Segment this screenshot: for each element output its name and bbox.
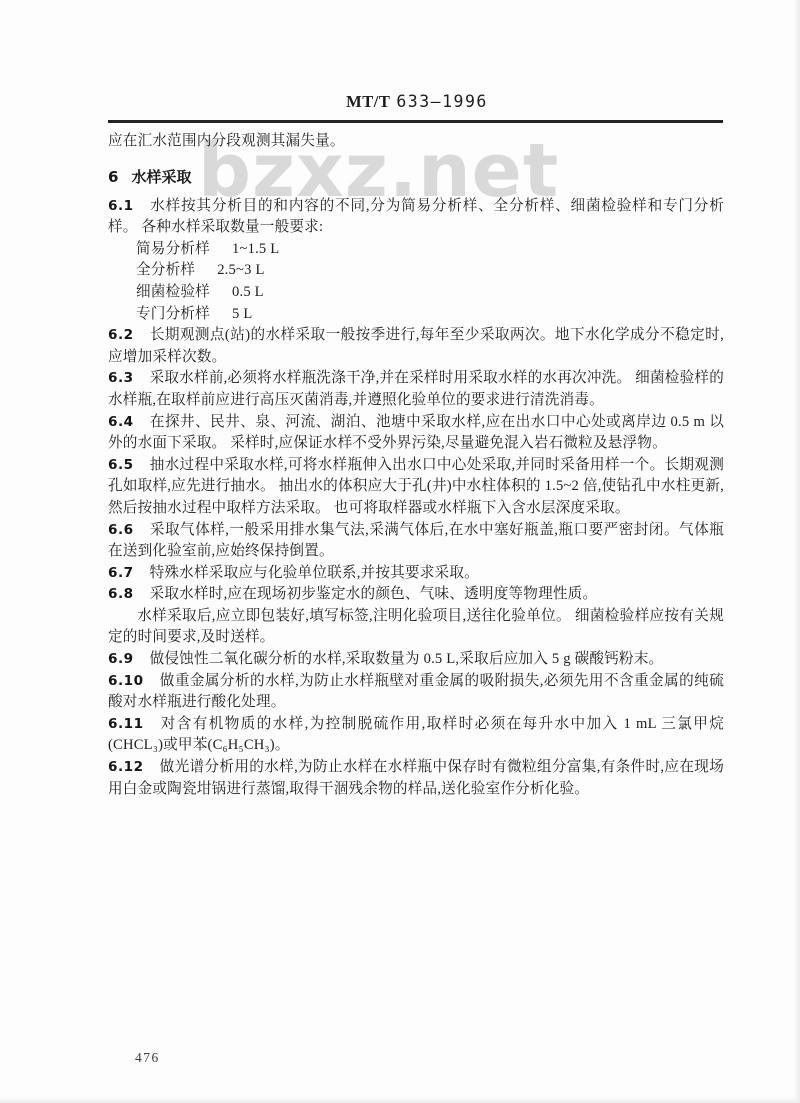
section-heading: 6水样采取 [108,167,724,187]
clause-number: 6.7 [108,565,134,581]
clause-text: 长期观测点(站)的水样采取一般按季进行,每年至少采取两次。地下水化学成分不稳定时… [108,327,724,365]
clause-text: 特殊水样采取应与化验单位联系,并按其要求采取。 [150,565,479,581]
standard-code-header: MT/T633—1996 [0,92,800,112]
scan-edge-shadow-bottom [0,1096,800,1103]
intro-paragraph: 应在汇水范围内分段观测其漏失量。 [108,131,724,153]
clause-number: 6.8 [108,586,134,602]
sample-quantity-item: 简易分析样1~1.5 L [136,239,724,261]
standard-code-number: 633—1996 [396,92,487,111]
standard-code-prefix: MT/T [346,92,390,111]
clause-text: 抽水过程中采取水样,可将水样瓶伸入出水口中心处采取,并同时采备用样一个。长期观测… [108,457,724,516]
sample-quantity-list: 简易分析样1~1.5 L 全分析样2.5~3 L 细菌检验样0.5 L 专门分析… [108,239,724,325]
clause-text: 在探井、民井、泉、河流、湖泊、池塘中采取水样,应在出水口中心处或离岸边 0.5 … [108,414,724,452]
section-number: 6 [108,168,118,186]
clause-6-11: 6.11对含有机物质的水样,为控制脱硫作用,取样时必须在每升水中加入 1 mL … [108,714,724,757]
sample-quantity: 1~1.5 L [232,241,279,257]
page-number: 476 [135,1050,160,1066]
clause-6-5: 6.5抽水过程中采取水样,可将水样瓶伸入出水口中心处采取,并同时采备用样一个。长… [108,455,724,520]
clause-text: 对含有机物质的水样,为控制脱硫作用,取样时必须在每升水中加入 1 mL 三氯甲烷… [108,716,724,754]
clause-number: 6.2 [108,327,134,343]
clause-6-12: 6.12做光谱分析用的水样,为防止水样在水样瓶中保存时有微粒组分富集,有条件时,… [108,757,724,800]
clause-number: 6.11 [108,716,144,732]
clause-number: 6.3 [108,370,134,386]
clause-text: 做侵蚀性二氧化碳分析的水样,采取数量为 0.5 L,采取后应加入 5 g 碳酸钙… [150,651,664,667]
document-page: bzxz.net MT/T633—1996 应在汇水范围内分段观测其漏失量。 6… [0,0,800,1103]
section-title: 水样采取 [131,168,191,186]
sample-name: 细菌检验样 [136,284,210,300]
clause-6-8-followup: 水样采取后,应立即包装好,填写标签,注明化验项目,送往化验单位。 细菌检验样应按… [108,606,724,649]
clause-number: 6.1 [108,198,134,214]
clause-6-1: 6.1水样按其分析目的和内容的不同,分为简易分析样、全分析样、细菌检验样和专门分… [108,196,724,239]
clause-6-2: 6.2长期观测点(站)的水样采取一般按季进行,每年至少采取两次。地下水化学成分不… [108,325,724,368]
clause-6-7: 6.7特殊水样采取应与化验单位联系,并按其要求采取。 [108,563,724,585]
sample-quantity: 0.5 L [232,284,264,300]
clause-6-9: 6.9做侵蚀性二氧化碳分析的水样,采取数量为 0.5 L,采取后应加入 5 g … [108,649,724,671]
sample-quantity-item: 细菌检验样0.5 L [136,282,724,304]
clause-number: 6.9 [108,651,134,667]
clause-6-6: 6.6采取气体样,一般采用排水集气法,采满气体后,在水中塞好瓶盖,瓶口要严密封闭… [108,520,724,563]
sample-name: 专门分析样 [136,306,210,322]
sample-quantity-item: 专门分析样5 L [136,304,724,326]
sample-quantity-item: 全分析样2.5~3 L [136,260,724,282]
sample-quantity: 5 L [232,306,252,322]
clause-number: 6.4 [108,414,134,430]
clause-6-8: 6.8采取水样时,应在现场初步鉴定水的颜色、气味、透明度等物理性质。 [108,584,724,606]
sample-name: 全分析样 [136,262,195,278]
sample-quantity: 2.5~3 L [217,262,264,278]
clause-number: 6.6 [108,522,134,538]
header-rule [108,120,723,123]
clause-text: 做光谱分析用的水样,为防止水样在水样瓶中保存时有微粒组分富集,有条件时,应在现场… [108,759,724,797]
document-body: 应在汇水范围内分段观测其漏失量。 6水样采取 6.1水样按其分析目的和内容的不同… [108,131,724,800]
scan-edge-shadow-right [794,0,800,1103]
clause-text: 采取水样时,应在现场初步鉴定水的颜色、气味、透明度等物理性质。 [150,586,598,602]
clause-text: 水样按其分析目的和内容的不同,分为简易分析样、全分析样、细菌检验样和专门分析样。… [108,198,724,236]
sample-name: 简易分析样 [136,241,210,257]
clause-text: 采取气体样,一般采用排水集气法,采满气体后,在水中塞好瓶盖,瓶口要严密封闭。气体… [108,522,724,560]
clause-6-10: 6.10做重金属分析的水样,为防止水样瓶壁对重金属的吸附损失,必须先用不含重金属… [108,671,724,714]
clause-6-3: 6.3采取水样前,必须将水样瓶洗涤干净,并在采样时用采取水样的水再次冲洗。 细菌… [108,368,724,411]
clause-6-4: 6.4在探井、民井、泉、河流、湖泊、池塘中采取水样,应在出水口中心处或离岸边 0… [108,412,724,455]
clause-text: 采取水样前,必须将水样瓶洗涤干净,并在采样时用采取水样的水再次冲洗。 细菌检验样… [108,370,724,408]
clause-number: 6.12 [108,759,144,775]
clause-number: 6.5 [108,457,134,473]
clause-number: 6.10 [108,673,144,689]
clause-text: 做重金属分析的水样,为防止水样瓶壁对重金属的吸附损失,必须先用不含重金属的纯硫酸… [108,673,724,711]
